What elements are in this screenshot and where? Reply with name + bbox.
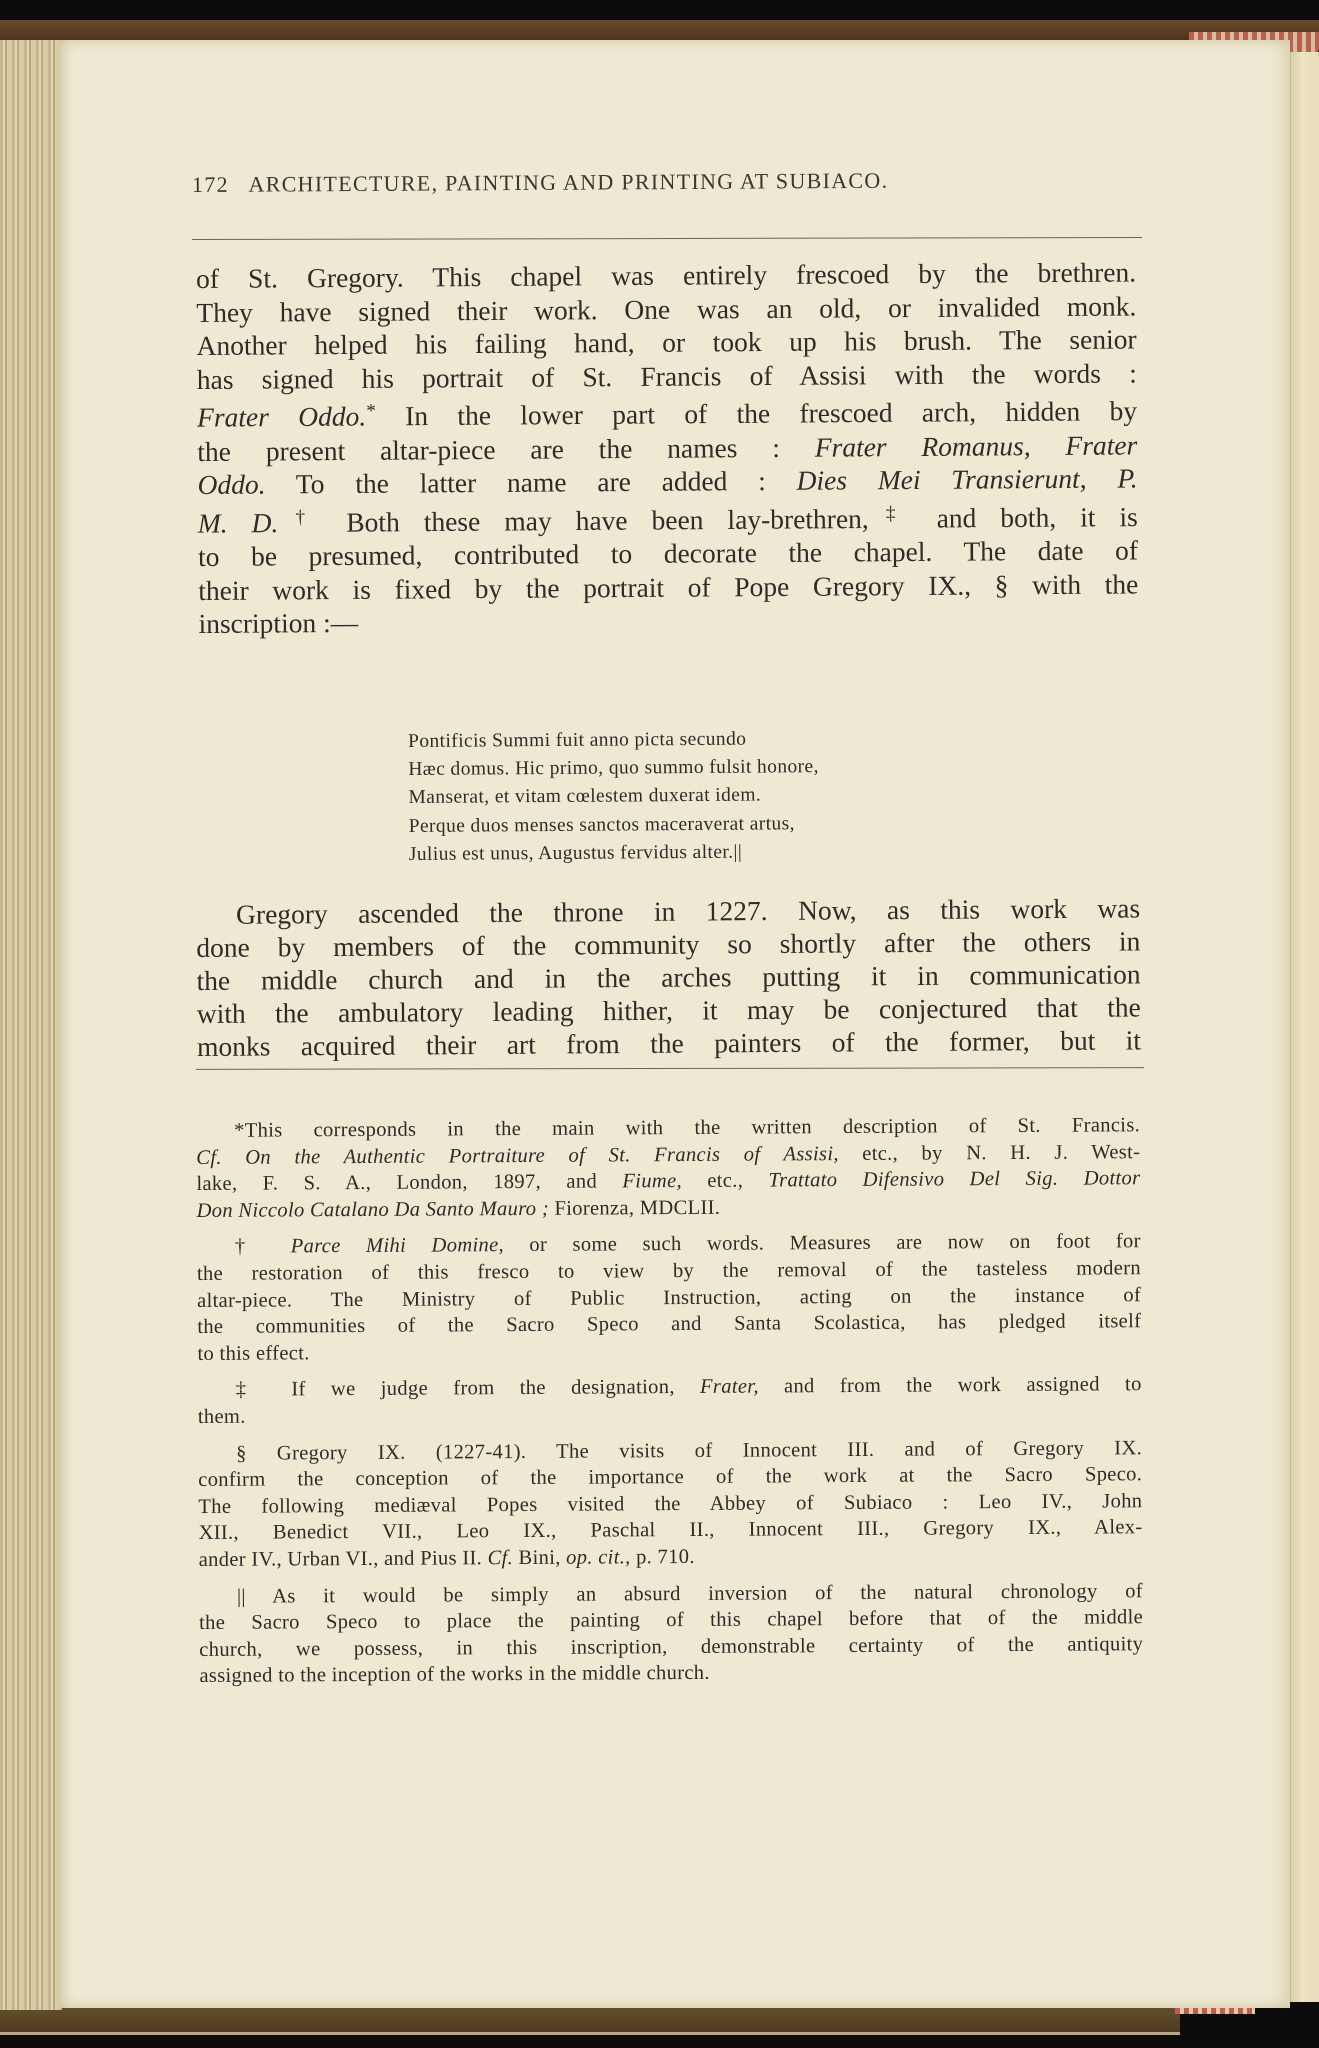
text-run: Another helped his failing hand, or took… xyxy=(196,324,1136,362)
text-run: In the lower part of the frescoed arch, … xyxy=(376,395,1137,431)
italic-text: op. cit., xyxy=(566,1546,631,1568)
text-line: Don Niccolo Catalano Da Santo Mauro ; Fi… xyxy=(196,1192,1140,1224)
text-run: and both, it is xyxy=(913,501,1138,534)
footnote: *This corresponds in the main with the w… xyxy=(196,1112,1141,1224)
italic-text: M. D. xyxy=(198,507,279,539)
text-run: Fiorenza, MDCLII. xyxy=(549,1197,720,1220)
text-run: the communities of the Sacro Speco and S… xyxy=(197,1310,1141,1338)
text-run: The following mediæval Popes visited the… xyxy=(198,1490,1142,1518)
text-run: altar-piece. The Ministry of Public Inst… xyxy=(197,1284,1141,1312)
italic-text: Frater Oddo. xyxy=(197,401,366,433)
page-stack-left xyxy=(0,40,62,2010)
text-run: them. xyxy=(198,1406,246,1428)
italic-text: Trattato Difensivo Del Sig. Dottor xyxy=(768,1167,1140,1191)
italic-text: Cf. On the Authentic Portraiture of St. … xyxy=(196,1143,839,1169)
text-run: the present altar-piece are the names : xyxy=(197,431,815,466)
text-line: their work is fixed by the portrait of P… xyxy=(198,567,1138,607)
verse-line: Pontificis Summi fuit anno picta secundo xyxy=(408,724,1028,757)
inscription-verse: Pontificis Summi fuit anno picta secundo… xyxy=(408,724,1029,869)
italic-text: Dies Mei Transierunt, P. xyxy=(796,463,1137,496)
text-line: monks acquired their art from the painte… xyxy=(197,1023,1141,1063)
footnote: † Parce Mihi Domine, or some such words.… xyxy=(197,1229,1142,1368)
text-run: lake, F. S. A., London, 1897, and xyxy=(196,1171,622,1196)
text-run: Both these may have been lay-brethren, xyxy=(322,503,869,538)
text-line: M. D.† Both these may have been lay-bret… xyxy=(198,495,1138,540)
verse-line: Hæc domus. Hic primo, quo summo fulsit h… xyxy=(408,752,1028,785)
verse-line: Julius est unus, Augustus fervidus alter… xyxy=(409,836,1029,869)
text-run: of St. Gregory. This chapel was entirely… xyxy=(196,256,1136,294)
text-run: their work is fixed by the portrait of P… xyxy=(198,568,1138,606)
page-number: 172 xyxy=(192,172,229,197)
italic-text: Frater, xyxy=(700,1376,759,1398)
body-paragraph-1: of St. Gregory. This chapel was entirely… xyxy=(196,255,1139,640)
italic-text: Frater Romanus, Frater xyxy=(815,429,1138,462)
text-run: etc., by N. H. J. West- xyxy=(839,1141,1141,1165)
text-line: assigned to the inception of the works i… xyxy=(199,1658,1143,1690)
italic-text: Fiume, xyxy=(622,1170,682,1192)
italic-text: Cf. xyxy=(487,1547,513,1569)
text-run: confirm the conception of the importance… xyxy=(198,1463,1142,1491)
italic-text: Don Niccolo Catalano Da Santo Mauro ; xyxy=(196,1198,549,1222)
text-run: Bini, xyxy=(513,1547,566,1569)
text-run: has signed his portrait of St. Francis o… xyxy=(197,357,1137,395)
footnote: § Gregory IX. (1227-41). The visits of I… xyxy=(198,1435,1143,1574)
text-run: assigned to the inception of the works i… xyxy=(199,1662,710,1687)
text-run: § Gregory IX. (1227-41). The visits of I… xyxy=(236,1437,1142,1465)
text-run: † xyxy=(235,1236,291,1258)
page-stack-right xyxy=(1290,52,1319,2002)
text-run: *This corresponds in the main with the w… xyxy=(234,1114,1140,1142)
text-run: || As it would be simply an absurd inver… xyxy=(237,1580,1143,1608)
running-title: ARCHITECTURE, PAINTING AND PRINTING AT S… xyxy=(248,168,888,197)
body-paragraph-2: Gregory ascended the throne in 1227. Now… xyxy=(196,891,1141,1063)
text-run: ander IV., Urban VI., and Pius II. xyxy=(199,1547,488,1571)
text-run: To the latter name are added : xyxy=(265,465,796,500)
footnotes: *This corresponds in the main with the w… xyxy=(196,1112,1144,1700)
footnote-marker: † xyxy=(278,507,322,528)
italic-text: Parce Mihi Domine, xyxy=(291,1234,504,1257)
text-run: the Sacro Speco to place the painting of… xyxy=(199,1606,1143,1634)
text-run: ‡ If we judge from the designation, xyxy=(236,1376,700,1401)
verse-line: Perque duos menses sanctos maceraverat a… xyxy=(409,808,1029,841)
text-line: ander IV., Urban VI., and Pius II. Cf. B… xyxy=(199,1541,1143,1573)
book-cover-top-edge xyxy=(0,20,1319,42)
footnote: ‡ If we judge from the designation, Frat… xyxy=(198,1372,1142,1431)
footnote: || As it would be simply an absurd inver… xyxy=(199,1578,1144,1690)
text-run: and from the work assigned to xyxy=(759,1374,1142,1398)
text-line: inscription :— xyxy=(198,601,1138,641)
text-run: p. 710. xyxy=(631,1546,695,1568)
verse-line: Manserat, et vitam cœlestem duxerat idem… xyxy=(408,780,1028,813)
text-run: etc., xyxy=(682,1170,769,1193)
italic-text: Oddo. xyxy=(197,469,265,500)
text-run: the restoration of this fresco to view b… xyxy=(197,1257,1141,1285)
text-run: XII., Benedict VII., Leo IX., Paschal II… xyxy=(198,1517,1142,1545)
running-head: 172 ARCHITECTURE, PAINTING AND PRINTING … xyxy=(192,167,1092,198)
text-run: They have signed their work. One was an … xyxy=(196,290,1136,328)
text-run: to be presumed, contributed to decorate … xyxy=(198,534,1138,572)
footnote-marker: * xyxy=(366,401,376,422)
text-run: or some such words. Measures are now on … xyxy=(504,1231,1141,1257)
text-run: to this effect. xyxy=(197,1342,309,1365)
footnote-marker: ‡ xyxy=(869,503,913,524)
text-run: church, we possess, in this inscription,… xyxy=(199,1633,1143,1661)
text-line: Frater Oddo.* In the lower part of the f… xyxy=(197,390,1137,435)
text-run: inscription :— xyxy=(198,607,358,639)
